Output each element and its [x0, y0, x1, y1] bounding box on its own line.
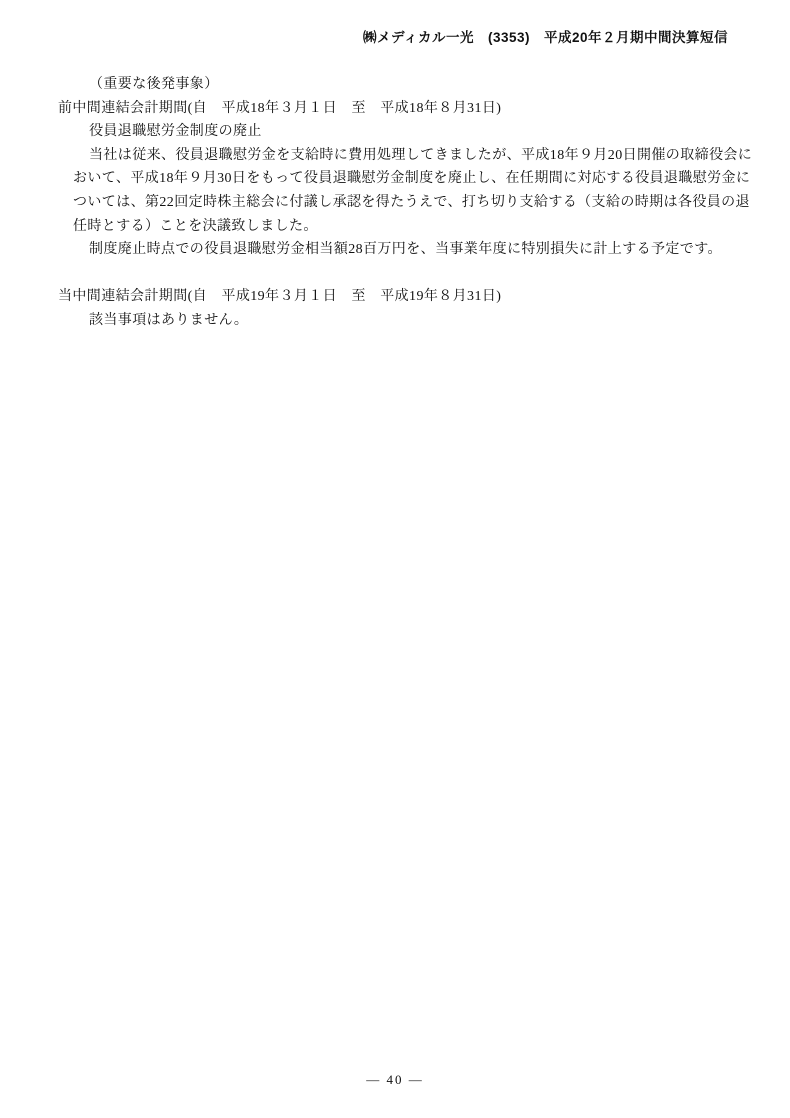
- paragraph-line: 当社は従来、役員退職慰労金を支給時に費用処理してきましたが、平成18年９月20日…: [58, 144, 732, 168]
- retirement-benefit-abolition-subheading: 役員退職慰労金制度の廃止: [58, 120, 732, 144]
- special-loss-paragraph: 制度廃止時点での役員退職慰労金相当額28百万円を、当事業年度に特別損失に計上する…: [58, 238, 732, 262]
- document-body: （重要な後発事象） 前中間連結会計期間(自 平成18年３月１日 至 平成18年８…: [58, 73, 732, 333]
- blank-line: [58, 262, 732, 286]
- paragraph-line: ついては、第22回定時株主総会に付議し承認を得たうえで、打ち切り支給する（支給の…: [58, 191, 732, 215]
- report-header-title: ㈱メディカル一光 (3353) 平成20年２月期中間決算短信: [58, 26, 728, 46]
- page-number-footer: ― 40 ―: [0, 1072, 790, 1088]
- previous-interim-period-heading: 前中間連結会計期間(自 平成18年３月１日 至 平成18年８月31日): [58, 97, 732, 121]
- current-interim-period-heading: 当中間連結会計期間(自 平成19年３月１日 至 平成19年８月31日): [58, 285, 732, 309]
- paragraph-line: 任時とする）ことを決議致しました。: [58, 215, 732, 239]
- paragraph-line: おいて、平成18年９月30日をもって役員退職慰労金制度を廃止し、在任期間に対応す…: [58, 167, 732, 191]
- subsequent-events-note-title: （重要な後発事象）: [58, 73, 732, 97]
- document-page: ㈱メディカル一光 (3353) 平成20年２月期中間決算短信 （重要な後発事象）…: [0, 0, 790, 1118]
- no-applicable-items-note: 該当事項はありません。: [58, 309, 732, 333]
